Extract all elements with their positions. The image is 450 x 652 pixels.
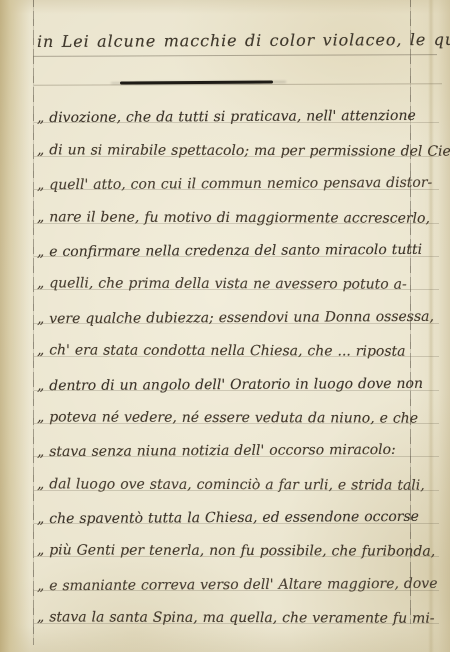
manuscript-line: „ che spaventò tutta la Chiesa, ed essen… — [37, 498, 437, 531]
manuscript-line: „ più Genti per tenerla, non fu possibil… — [37, 531, 437, 564]
manuscript-line: „ stava la santa Spina, ma quella, che v… — [37, 598, 437, 631]
manuscript-line: „ divozione, che da tutti si praticava, … — [37, 97, 437, 130]
manuscript-line: „ dal luogo ove stava, cominciò a far ur… — [37, 464, 437, 497]
manuscript-line: „ e confirmare nella credenza del santo … — [37, 231, 437, 264]
manuscript-text-block: „ divozione, che da tutti si praticava, … — [37, 97, 437, 631]
manuscript-line: „ stava senza niuna notizia dell' occors… — [37, 431, 437, 464]
manuscript-line: „ nare il bene, fu motivo di maggiorment… — [37, 197, 437, 230]
manuscript-line: „ di un si mirabile spettacolo; ma per p… — [37, 130, 437, 163]
manuscript-line: „ vere qualche dubiezza; essendovi una D… — [37, 297, 437, 330]
manuscript-line: „ e smaniante correva verso dell' Altare… — [37, 564, 437, 597]
header-baseline-rule — [33, 54, 437, 57]
manuscript-line: „ quell' atto, con cui il commun nemico … — [37, 164, 437, 197]
manuscript-line: „ quelli, che prima della vista ne avess… — [37, 264, 437, 297]
header-catchline: in Lei alcune macchie di color violaceo,… — [37, 30, 439, 51]
manuscript-line: „ ch' era stata condotta nella Chiesa, c… — [37, 331, 437, 364]
manuscript-line: „ dentro di un angolo dell' Oratorio in … — [37, 364, 437, 397]
manuscript-page: in Lei alcune macchie di color violaceo,… — [0, 0, 450, 652]
manuscript-line: „ poteva né vedere, né essere veduta da … — [37, 398, 437, 431]
